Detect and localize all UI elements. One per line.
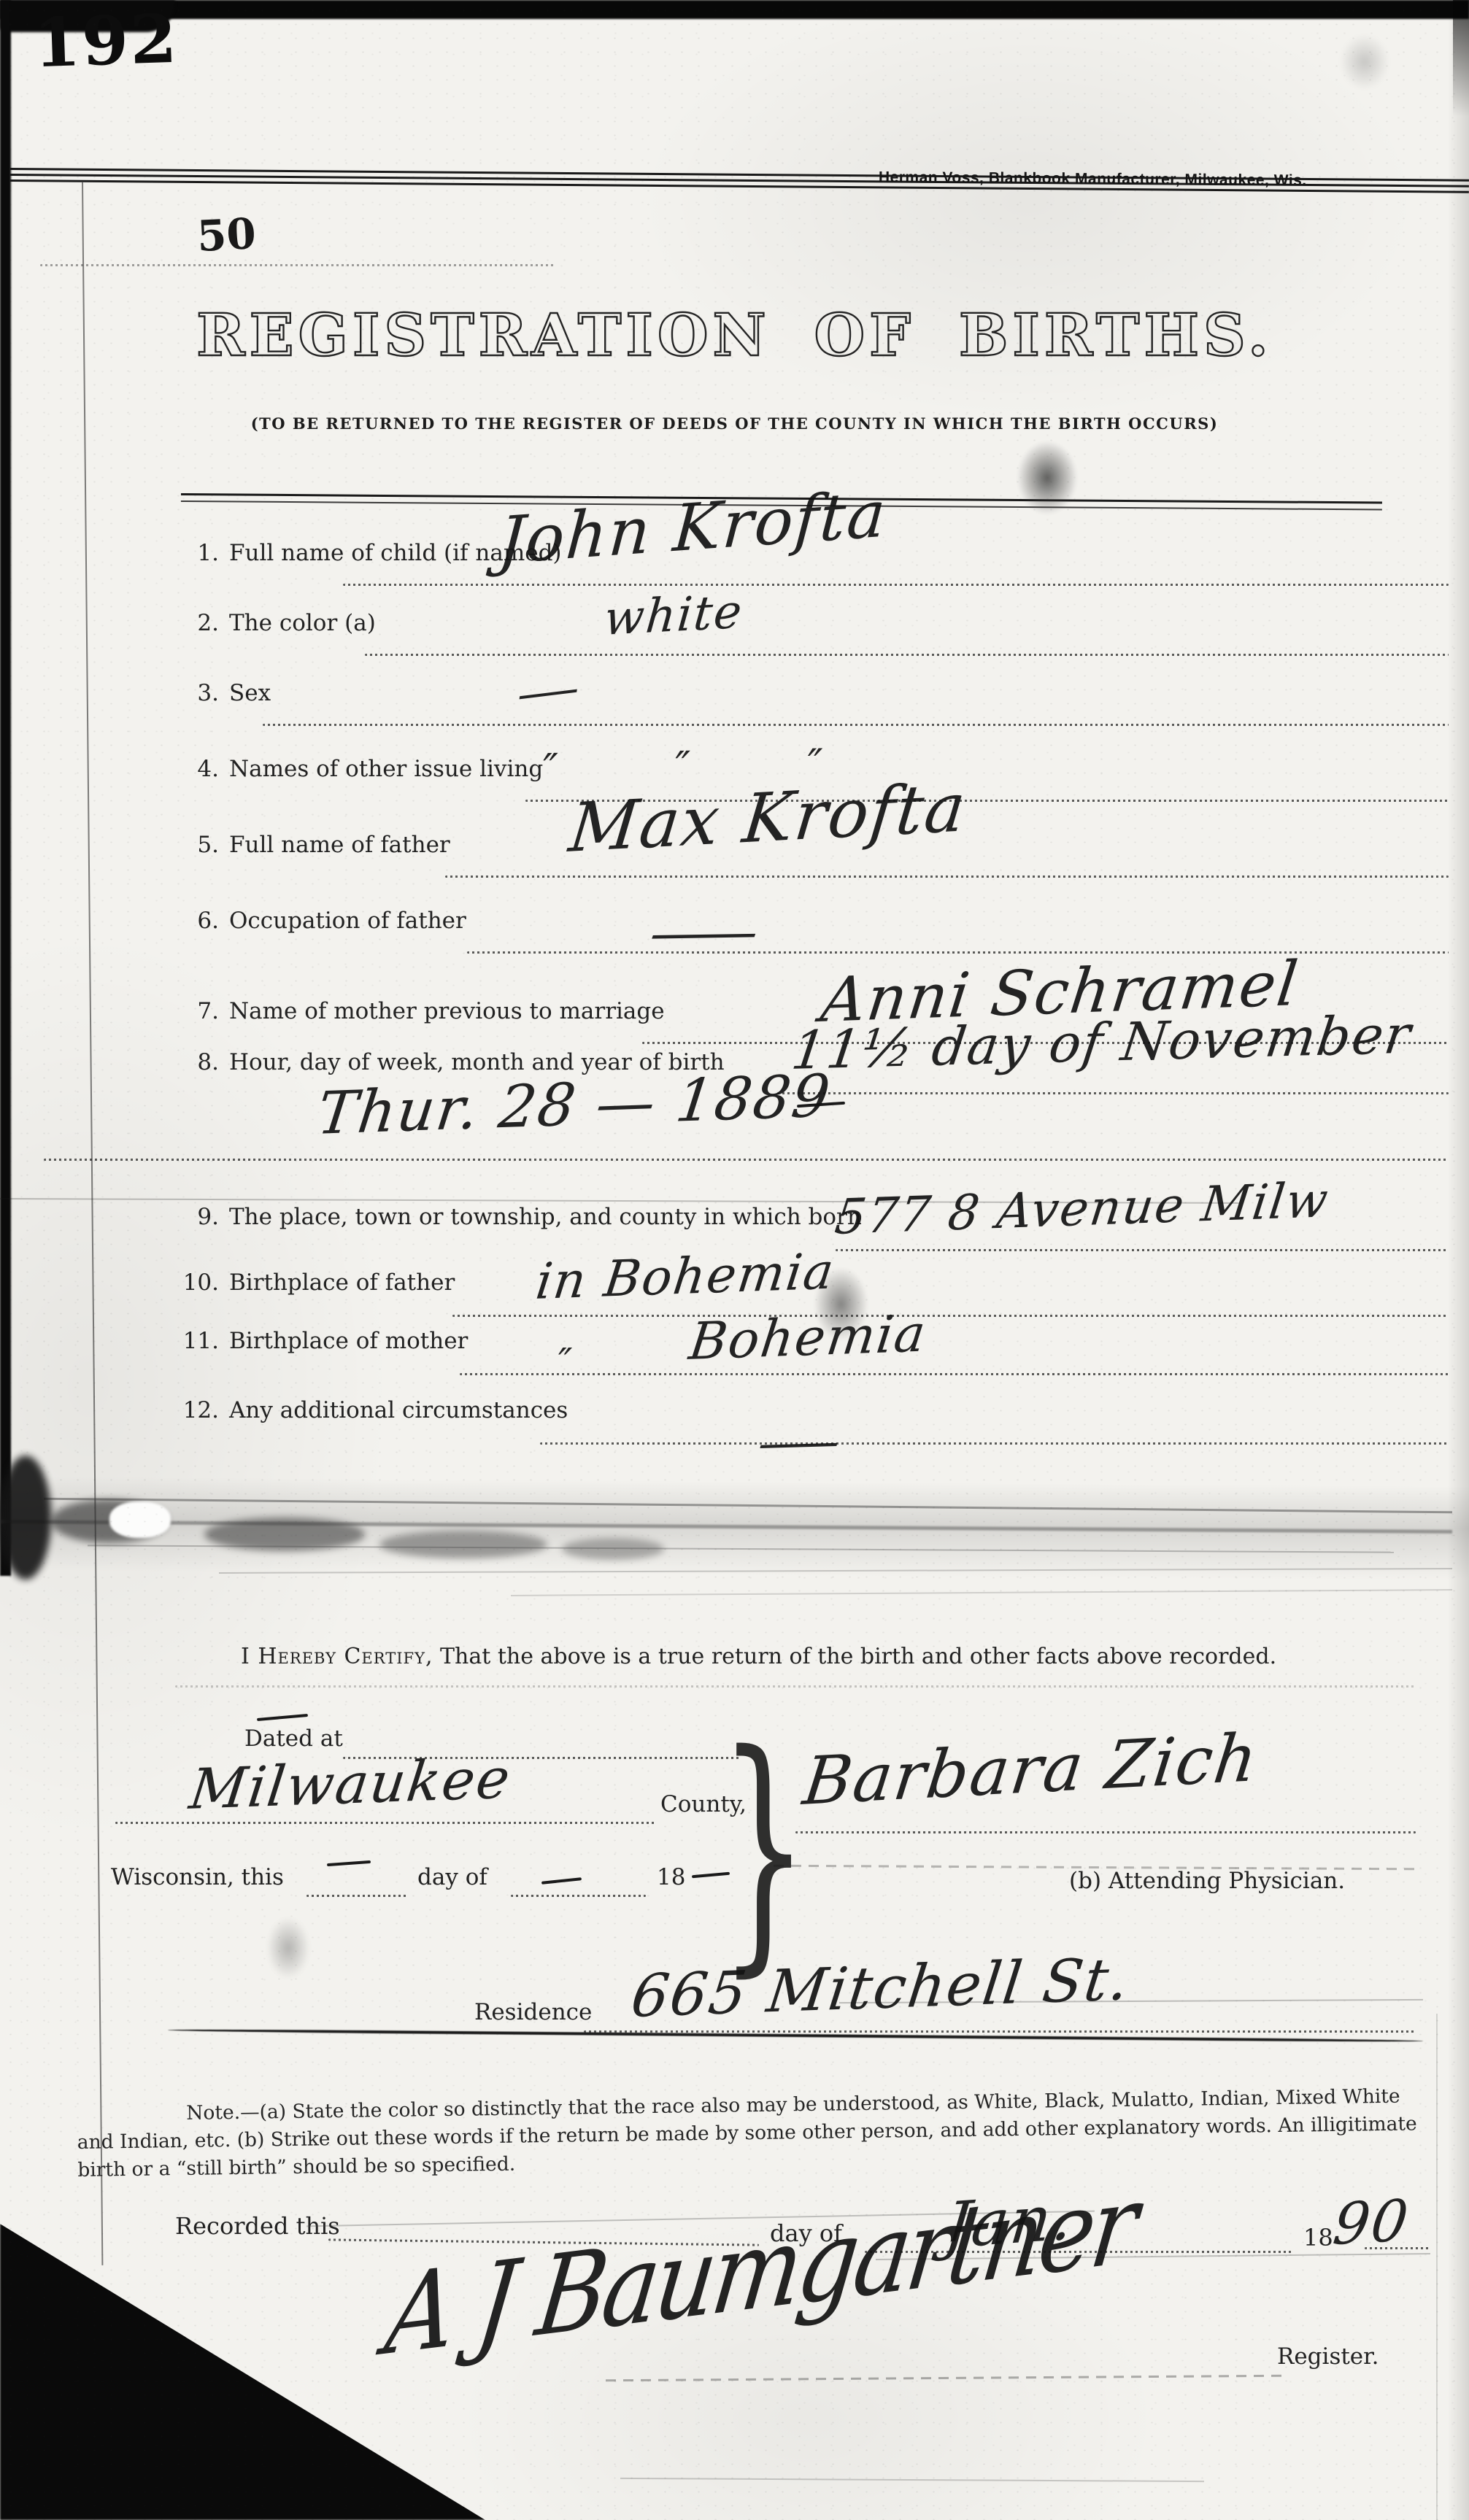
- page-number: 192: [32, 0, 180, 82]
- field-8-line: [777, 1092, 1449, 1094]
- residence-line: [584, 2030, 1416, 2033]
- field-row-11: 11.Birthplace of mother: [181, 1328, 468, 1354]
- right-crease: [1436, 2014, 1438, 2520]
- field-row-12: 12.Any additional circumstances: [181, 1397, 568, 1423]
- county-value: Milwaukee: [186, 1745, 514, 1822]
- field-12-value: —: [754, 1415, 846, 1471]
- field-2-line: [365, 654, 1449, 656]
- county-line: [115, 1822, 655, 1824]
- field-6-label: Occupation of father: [229, 908, 466, 934]
- field-12-label: Any additional circumstances: [229, 1397, 568, 1423]
- field-6-number: 6.: [181, 908, 219, 934]
- physician-signature-line: [795, 1831, 1416, 1833]
- field-10-line: [452, 1315, 1449, 1317]
- day-of-line: [511, 1895, 646, 1897]
- field-5-label: Full name of father: [229, 832, 450, 858]
- certification-underline: [175, 1685, 1416, 1688]
- smudge-2: [810, 1262, 872, 1346]
- smudge-3: [263, 1912, 314, 1984]
- printer-imprint: Herman Voss, Blankbook Manufacturer, Mil…: [879, 169, 1307, 190]
- field-9-value: 577 8 Avenue Milw: [832, 1172, 1333, 1245]
- field-11-value: Bohemia: [686, 1303, 930, 1372]
- field-7-label: Name of mother previous to marriage: [229, 998, 665, 1024]
- field-10-value: in Bohemia: [533, 1242, 838, 1311]
- state-this-line: [306, 1895, 407, 1897]
- day-mark: [541, 1877, 582, 1885]
- field-3-label: Sex: [229, 680, 271, 706]
- field-2-number: 2.: [181, 610, 219, 636]
- field-7-number: 7.: [181, 998, 219, 1024]
- brace: }: [719, 1700, 809, 1999]
- scan-edge-right: [1447, 0, 1469, 2520]
- field-9-line: [836, 1249, 1449, 1251]
- field-11-ditto: ″: [558, 1341, 574, 1385]
- smudge-1: [1014, 438, 1080, 518]
- field-1-value: John Krofta: [496, 476, 890, 579]
- field-11-line: [460, 1373, 1449, 1375]
- dated-at-mark: [257, 1714, 308, 1721]
- field-row-3: 3.Sex: [181, 680, 271, 706]
- form-subtitle: (TO BE RETURNED TO THE REGISTER OF DEEDS…: [0, 414, 1469, 433]
- residence-label: Residence: [474, 1999, 592, 2025]
- field-5-line: [445, 876, 1449, 878]
- field-row-4: 4.Names of other issue living: [181, 756, 543, 782]
- field-4-label: Names of other issue living: [229, 756, 543, 782]
- physician-signature: Barbara Zich: [799, 1720, 1262, 1820]
- this-mark: [327, 1860, 371, 1866]
- field-2-value: white: [602, 585, 745, 646]
- field-10-label: Birthplace of father: [229, 1269, 455, 1296]
- margin-rule: [82, 182, 103, 2265]
- field-6-value: —: [645, 902, 766, 963]
- field-12-line: [540, 1442, 1449, 1445]
- dated-at-label: Dated at: [244, 1725, 343, 1752]
- entry-number: 50: [196, 209, 257, 261]
- residence-value: 665 Mitchell St.: [628, 1945, 1133, 2030]
- birth-registration-scan: 192 50 Herman Voss, Blankbook Manufactur…: [0, 0, 1469, 2520]
- smudge-4: [1335, 29, 1394, 95]
- register-signature-line: [606, 2375, 1284, 2381]
- field-row-6: 6.Occupation of father: [181, 908, 466, 934]
- scan-white-patch: [109, 1501, 171, 1538]
- field-9-number: 9.: [181, 1204, 219, 1230]
- field-row-9: 9.The place, town or township, and count…: [181, 1204, 862, 1230]
- field-1-line: [343, 584, 1449, 586]
- field-2-label: The color (a): [229, 610, 376, 636]
- field-3-line: [263, 724, 1449, 726]
- recorded-year-prefix: 18: [1303, 2224, 1333, 2252]
- form-title: REGISTRATION OF BIRTHS.: [0, 301, 1469, 369]
- bottom-faint-line: [620, 2478, 1204, 2482]
- top-triple-rule: Herman Voss, Blankbook Manufacturer, Mil…: [10, 168, 1469, 179]
- register-signature: A J Baumgartner: [379, 2160, 1141, 2380]
- field-row-5: 5.Full name of father: [181, 832, 450, 858]
- certification-statement: I Hereby Certify, That the above is a tr…: [241, 1644, 1276, 1669]
- recorded-line-3: [1365, 2247, 1430, 2249]
- field-row-10: 10.Birthplace of father: [181, 1269, 455, 1296]
- field-12-number: 12.: [181, 1397, 219, 1423]
- certification-lead: I Hereby Certify,: [241, 1644, 433, 1669]
- field-3-value: —: [513, 660, 585, 721]
- day-of-label: day of: [417, 1864, 487, 1890]
- scan-edge-left: [0, 0, 11, 1576]
- field-10-number: 10.: [181, 1269, 219, 1296]
- field-4-number: 4.: [181, 756, 219, 782]
- register-label: Register.: [1277, 2343, 1379, 2370]
- field-1-number: 1.: [181, 540, 219, 566]
- field-row-2: 2.The color (a): [181, 610, 376, 636]
- field-11-label: Birthplace of mother: [229, 1328, 468, 1354]
- year-prefix: 18: [657, 1864, 685, 1890]
- field-row-7: 7.Name of mother previous to marriage: [181, 998, 665, 1024]
- field-9-label: The place, town or township, and county …: [229, 1204, 862, 1230]
- field-11-number: 11.: [181, 1328, 219, 1354]
- field-8-number: 8.: [181, 1049, 219, 1075]
- state-this-label: Wisconsin, this: [111, 1864, 284, 1890]
- certification-rest: That the above is a true return of the b…: [433, 1644, 1276, 1669]
- field-5-number: 5.: [181, 832, 219, 858]
- field-8-line2: [44, 1159, 1449, 1161]
- scan-edge-top: [0, 0, 1469, 19]
- entry-number-line: [40, 264, 555, 266]
- note-paragraph: Note.—(a) State the color so distinctly …: [77, 2082, 1442, 2184]
- field-3-number: 3.: [181, 680, 219, 706]
- physician-label: (b) Attending Physician.: [1069, 1868, 1345, 1894]
